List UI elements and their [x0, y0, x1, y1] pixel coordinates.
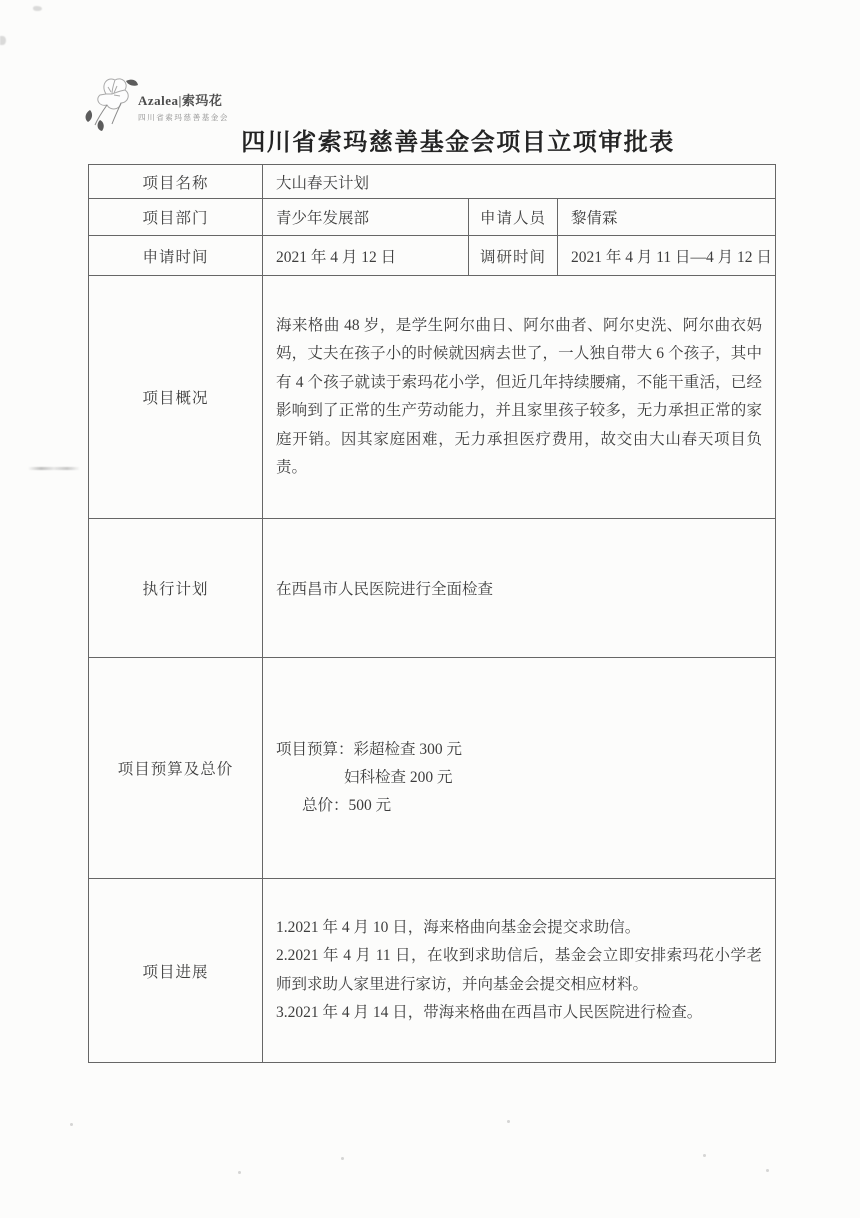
project-name-value: 大山春天计划 — [263, 165, 776, 199]
scan-artifact — [766, 1169, 769, 1172]
logo-brand-text: Azalea|索玛花 — [138, 90, 248, 109]
budget-line-3: 总价：500 元 — [302, 792, 775, 820]
scan-artifact — [238, 1171, 241, 1174]
overview-value: 海来格曲 48 岁，是学生阿尔曲日、阿尔曲者、阿尔史洗、阿尔曲衣妈妈，丈夫在孩子… — [263, 276, 776, 519]
scan-artifact — [0, 36, 6, 45]
row-progress: 项目进展 1.2021 年 4 月 10 日，海来格曲向基金会提交求助信。 2.… — [89, 879, 776, 1063]
row-department: 项目部门 青少年发展部 申请人员 黎倩霖 — [89, 199, 776, 236]
form-title: 四川省索玛慈善基金会项目立项审批表 — [28, 122, 860, 157]
applicant-value: 黎倩霖 — [558, 199, 776, 236]
department-label: 项目部门 — [89, 199, 263, 236]
progress-line-1: 1.2021 年 4 月 10 日，海来格曲向基金会提交求助信。 — [276, 914, 762, 943]
apply-time-label: 申请时间 — [89, 236, 263, 276]
row-project-name: 项目名称 大山春天计划 — [89, 165, 776, 199]
budget-line-1: 项目预算：彩超检查 300 元 — [276, 736, 775, 764]
scan-artifact — [28, 467, 80, 470]
budget-line-2: 妇科检查 200 元 — [344, 764, 775, 792]
applicant-label: 申请人员 — [469, 199, 558, 236]
department-value: 青少年发展部 — [263, 199, 469, 236]
budget-label: 项目预算及总价 — [89, 658, 263, 879]
logo-text-block: Azalea|索玛花 四川省索玛慈善基金会 — [138, 90, 248, 123]
progress-line-3: 3.2021 年 4 月 14 日，带海来格曲在西昌市人民医院进行检查。 — [276, 999, 762, 1028]
progress-label: 项目进展 — [89, 879, 263, 1063]
apply-time-value: 2021 年 4 月 12 日 — [263, 236, 469, 276]
row-project-overview: 项目概况 海来格曲 48 岁，是学生阿尔曲日、阿尔曲者、阿尔史洗、阿尔曲衣妈妈，… — [89, 276, 776, 519]
approval-form-table: 项目名称 大山春天计划 项目部门 青少年发展部 申请人员 黎倩霖 申请时间 20… — [88, 164, 776, 1063]
plan-value: 在西昌市人民医院进行全面检查 — [263, 519, 776, 658]
scan-artifact — [341, 1157, 344, 1160]
row-apply-time: 申请时间 2021 年 4 月 12 日 调研时间 2021 年 4 月 11 … — [89, 236, 776, 276]
survey-time-value: 2021 年 4 月 11 日—4 月 12 日 — [558, 236, 776, 276]
progress-value: 1.2021 年 4 月 10 日，海来格曲向基金会提交求助信。 2.2021 … — [263, 879, 776, 1063]
scan-artifact — [703, 1154, 706, 1157]
progress-line-2: 2.2021 年 4 月 11 日，在收到求助信后，基金会立即安排索玛花小学老师… — [276, 942, 762, 999]
project-name-label: 项目名称 — [89, 165, 263, 199]
survey-time-label: 调研时间 — [469, 236, 558, 276]
budget-value: 项目预算：彩超检查 300 元 妇科检查 200 元 总价：500 元 — [263, 658, 776, 879]
scanned-approval-form-page: Azalea|索玛花 四川省索玛慈善基金会 四川省索玛慈善基金会项目立项审批表 … — [0, 0, 860, 1218]
overview-label: 项目概况 — [89, 276, 263, 519]
scan-artifact — [70, 1123, 73, 1126]
row-execution-plan: 执行计划 在西昌市人民医院进行全面检查 — [89, 519, 776, 658]
scan-artifact — [33, 6, 42, 11]
scan-artifact — [507, 1120, 510, 1123]
plan-label: 执行计划 — [89, 519, 263, 658]
row-budget: 项目预算及总价 项目预算：彩超检查 300 元 妇科检查 200 元 总价：50… — [89, 658, 776, 879]
